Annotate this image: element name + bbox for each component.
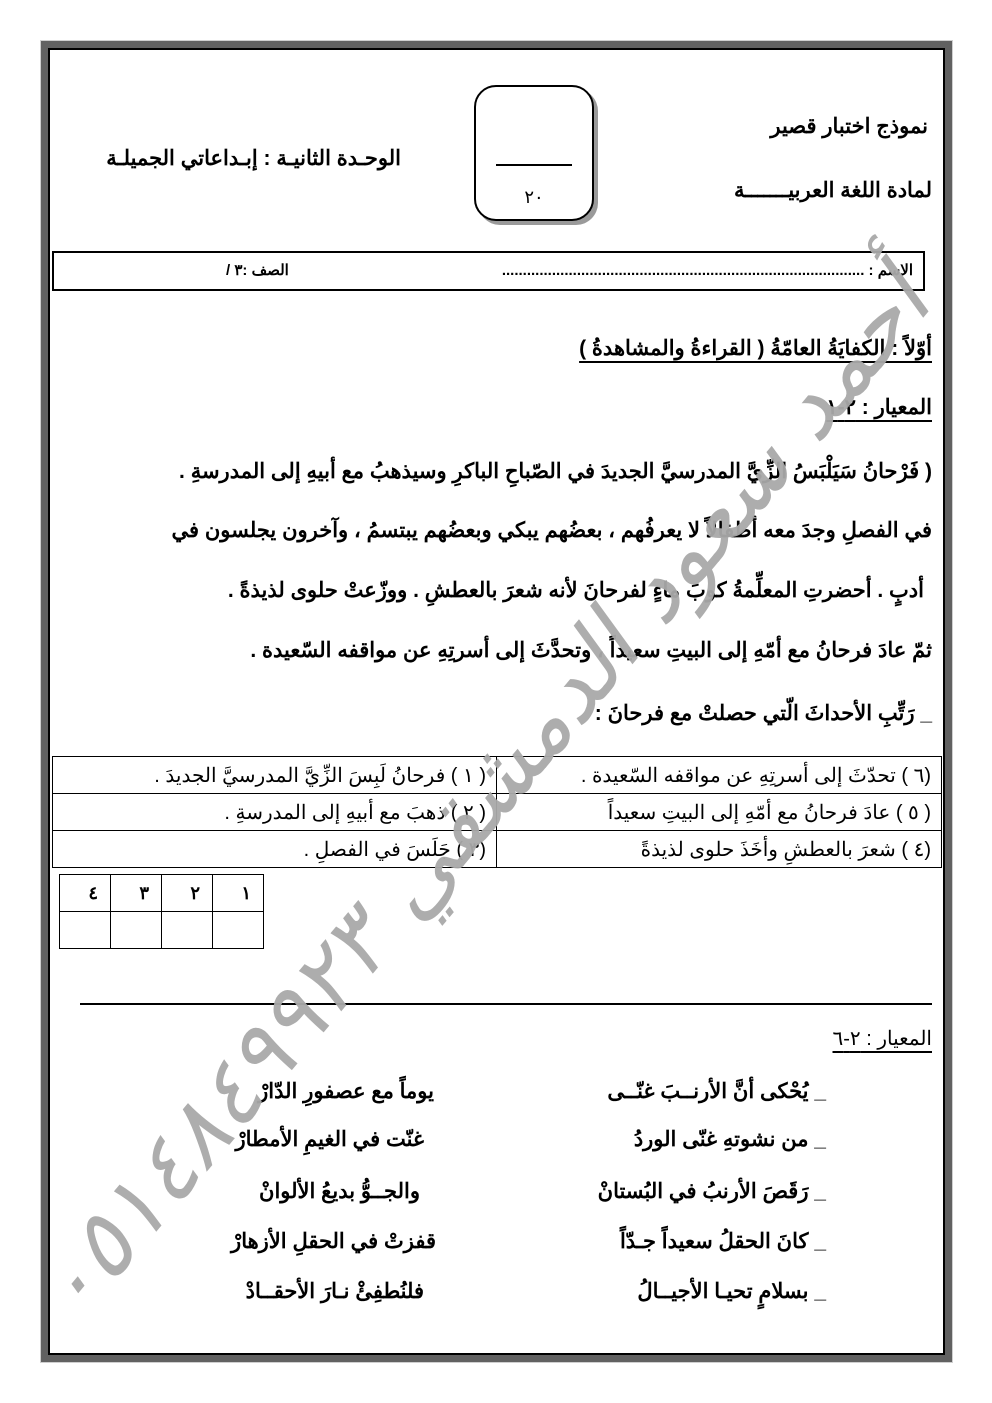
answer-grid-header: ٣ bbox=[111, 875, 162, 912]
poem-first-hemistich: _ يُحْكى أنَّ الأرنــبَ غنّــى bbox=[607, 1079, 826, 1104]
score-blank-line bbox=[496, 164, 572, 166]
answer-grid-header: ٢ bbox=[162, 875, 213, 912]
poem-second-hemistich: فلنُطفِئْ نـارَ الأحقــادْ bbox=[246, 1279, 424, 1304]
answer-grid-header: ٤ bbox=[60, 875, 111, 912]
passage-line-2: في الفصلِ وجدَ معه أطفالاً لا يعرفُهم ، … bbox=[172, 518, 933, 543]
poem-second-hemistich: قفزتْ في الحقلِ الأزهارْ bbox=[231, 1229, 436, 1254]
name-field[interactable]: الاسم : ................................… bbox=[502, 261, 913, 279]
passage-line-1: ( فَرْحانُ سَيَلْبَسُ الزِّيَّ المدرسيَّ… bbox=[179, 459, 932, 484]
events-table: (٦ ) تحدّثَ إلى أسرتِهِ عن مواقفه السّعي… bbox=[52, 756, 942, 868]
event-cell: ( ١ ) فرحانُ لَبِسَ الزِّيَّ المدرسيَّ ا… bbox=[53, 757, 497, 794]
answer-grid-header-row: ١ ٢ ٣ ٤ bbox=[60, 875, 264, 912]
class-field[interactable]: الصف :٣ / bbox=[226, 261, 289, 279]
answer-grid-header: ١ bbox=[213, 875, 264, 912]
poem-second-hemistich: غنّت في الغيمِ الأمطارْ bbox=[236, 1127, 425, 1152]
order-instruction: _ رَتِّبِ الأحداثَ الّتي حصلتْ مع فرحانَ… bbox=[595, 701, 932, 726]
student-info-box: الاسم : ................................… bbox=[52, 251, 925, 291]
passage-line-4: ثمّ عادَ فرحانُ مع أمّهِ إلى البيتِ سعيد… bbox=[250, 638, 932, 663]
answer-cell[interactable] bbox=[162, 912, 213, 949]
answer-cell[interactable] bbox=[213, 912, 264, 949]
table-row: (٦ ) تحدّثَ إلى أسرتِهِ عن مواقفه السّعي… bbox=[53, 757, 942, 794]
table-row: (٤ ) شعرَ بالعطشِ وأخَذَ حلوى لذيذةً (٣ … bbox=[53, 831, 942, 868]
score-box: ٢٠ bbox=[474, 85, 594, 221]
event-cell: ( ٢ ) ذهبَ مع أبيهِ إلى المدرسةِ . bbox=[53, 794, 497, 831]
event-cell: ( ٥ ) عادَ فرحانُ مع أمّهِ إلى البيتِ سع… bbox=[497, 794, 942, 831]
poem-first-hemistich: _ بسلامٍ تحيـا الأجيــالُ bbox=[637, 1279, 826, 1304]
exam-title: نموذج اختبار قصير bbox=[770, 114, 928, 139]
answer-cell[interactable] bbox=[60, 912, 111, 949]
poem-first-hemistich: _ رَقَصَ الأرنبُ في البُستانْ bbox=[598, 1179, 826, 1204]
section-divider bbox=[80, 1003, 932, 1005]
answer-cell[interactable] bbox=[111, 912, 162, 949]
standard-label-1: المعيار : ٢-١ bbox=[826, 395, 932, 420]
poem-second-hemistich: والجــوُّ بديعُ الألوانْ bbox=[259, 1179, 420, 1204]
section-heading: أوّلاً : الكفايَةُ العامّةُ ( القراءةُ و… bbox=[579, 336, 932, 361]
event-cell: (٦ ) تحدّثَ إلى أسرتِهِ عن مواقفه السّعي… bbox=[497, 757, 942, 794]
score-total: ٢٠ bbox=[476, 187, 592, 208]
answer-grid-input-row bbox=[60, 912, 264, 949]
event-cell: (٤ ) شعرَ بالعطشِ وأخَذَ حلوى لذيذةً bbox=[497, 831, 942, 868]
standard-label-2: المعيار : ٢-٦ bbox=[833, 1026, 933, 1051]
subject-title: لمادة اللغة العربيـــــــة bbox=[734, 178, 932, 203]
poem-first-hemistich: _ كانَ الحقلُ سعيداً جـدّاً bbox=[620, 1229, 826, 1254]
table-row: ( ٥ ) عادَ فرحانُ مع أمّهِ إلى البيتِ سع… bbox=[53, 794, 942, 831]
unit-title: الوحـدة الثانيـة : إبـداعاتي الجميلـة bbox=[56, 146, 401, 171]
answer-grid: ١ ٢ ٣ ٤ bbox=[59, 874, 264, 949]
poem-second-hemistich: يوماً مع عصفورِ الدّارْ bbox=[258, 1079, 434, 1104]
poem-first-hemistich: _ من نشوتهِ غنّى الوردُ bbox=[634, 1127, 826, 1152]
event-cell: (٣ ) جَلَسَ في الفصلِ . bbox=[53, 831, 497, 868]
passage-line-3: أدبٍ . أحضرتِ المعلِّمةُ كوبَ ماءٍ لفرحا… bbox=[228, 578, 924, 603]
